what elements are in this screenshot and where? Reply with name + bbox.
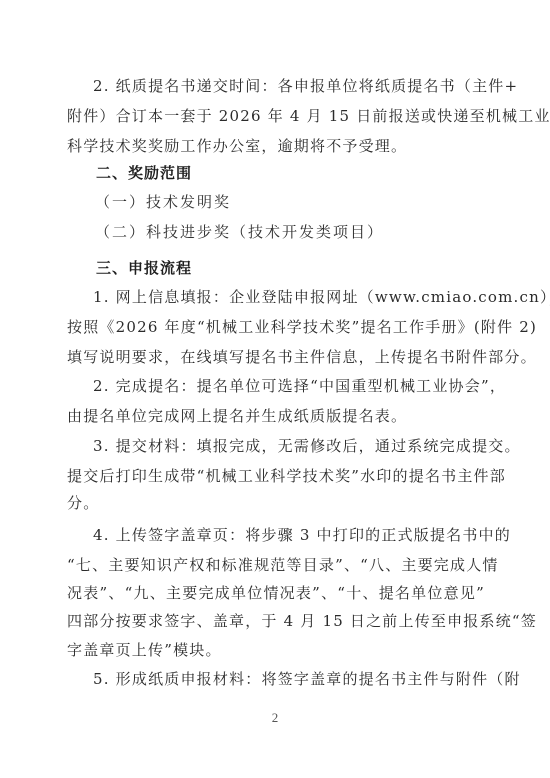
process-step-3-line-3: 分。 [67,493,485,513]
process-step-2-line-2: 由提名单位完成网上提名并生成纸质版提名表。 [67,406,485,426]
section-heading-process: 三、申报流程 [96,258,192,278]
process-step-4-line-2: “七、主要知识产权和标准规范等目录”、“八、主要完成人情 [67,555,485,575]
paper-submission-line-1: 2. 纸质提名书递交时间：各申报单位将纸质提名书（主件+ [93,76,485,96]
paper-submission-line-2: 附件）合订本一套于 2026 年 4 月 15 日前报送或快递至机械工业 [67,106,485,126]
document-page: 2. 纸质提名书递交时间：各申报单位将纸质提名书（主件+ 附件）合订本一套于 2… [0,0,550,778]
process-step-3-line-2: 提交后打印生成带“机械工业科学技术奖”水印的提名书主件部 [67,466,485,486]
award-scope-item-tech-progress: （二）科技进步奖（技术开发类项目） [95,222,384,242]
page-number: 2 [0,710,550,726]
process-step-1-line-3: 填写说明要求，在线填写提名书主件信息，上传提名书附件部分。 [67,347,485,367]
award-scope-item-technical-invention: （一）技术发明奖 [95,192,231,212]
process-step-3-line-1: 3. 提交材料：填报完成，无需修改后，通过系统完成提交。 [93,436,485,456]
process-step-4-line-5: 字盖章页上传”模块。 [67,640,485,660]
process-step-1-line-1: 1. 网上信息填报：企业登陆申报网址（www.cmiao.com.cn）， [93,287,485,307]
process-step-4-line-1: 4. 上传签字盖章页：将步骤 3 中打印的正式版提名书中的 [93,525,485,545]
process-step-4-line-3: 况表”、“九、主要完成单位情况表”、“十、提名单位意见” [67,583,485,603]
section-heading-award-scope: 二、奖励范围 [96,163,192,183]
process-step-4-line-4: 四部分按要求签字、盖章，于 4 月 15 日之前上传至申报系统“签 [67,611,485,631]
process-step-5-line-1: 5. 形成纸质申报材料：将签字盖章的提名书主件与附件（附 [93,669,485,689]
paper-submission-line-3: 科学技术奖奖励工作办公室，逾期将不予受理。 [67,136,485,156]
process-step-2-line-1: 2. 完成提名：提名单位可选择“中国重型机械工业协会”， [93,376,485,396]
process-step-1-line-2: 按照《2026 年度“机械工业科学技术奖”提名工作手册》(附件 2) [67,317,485,337]
